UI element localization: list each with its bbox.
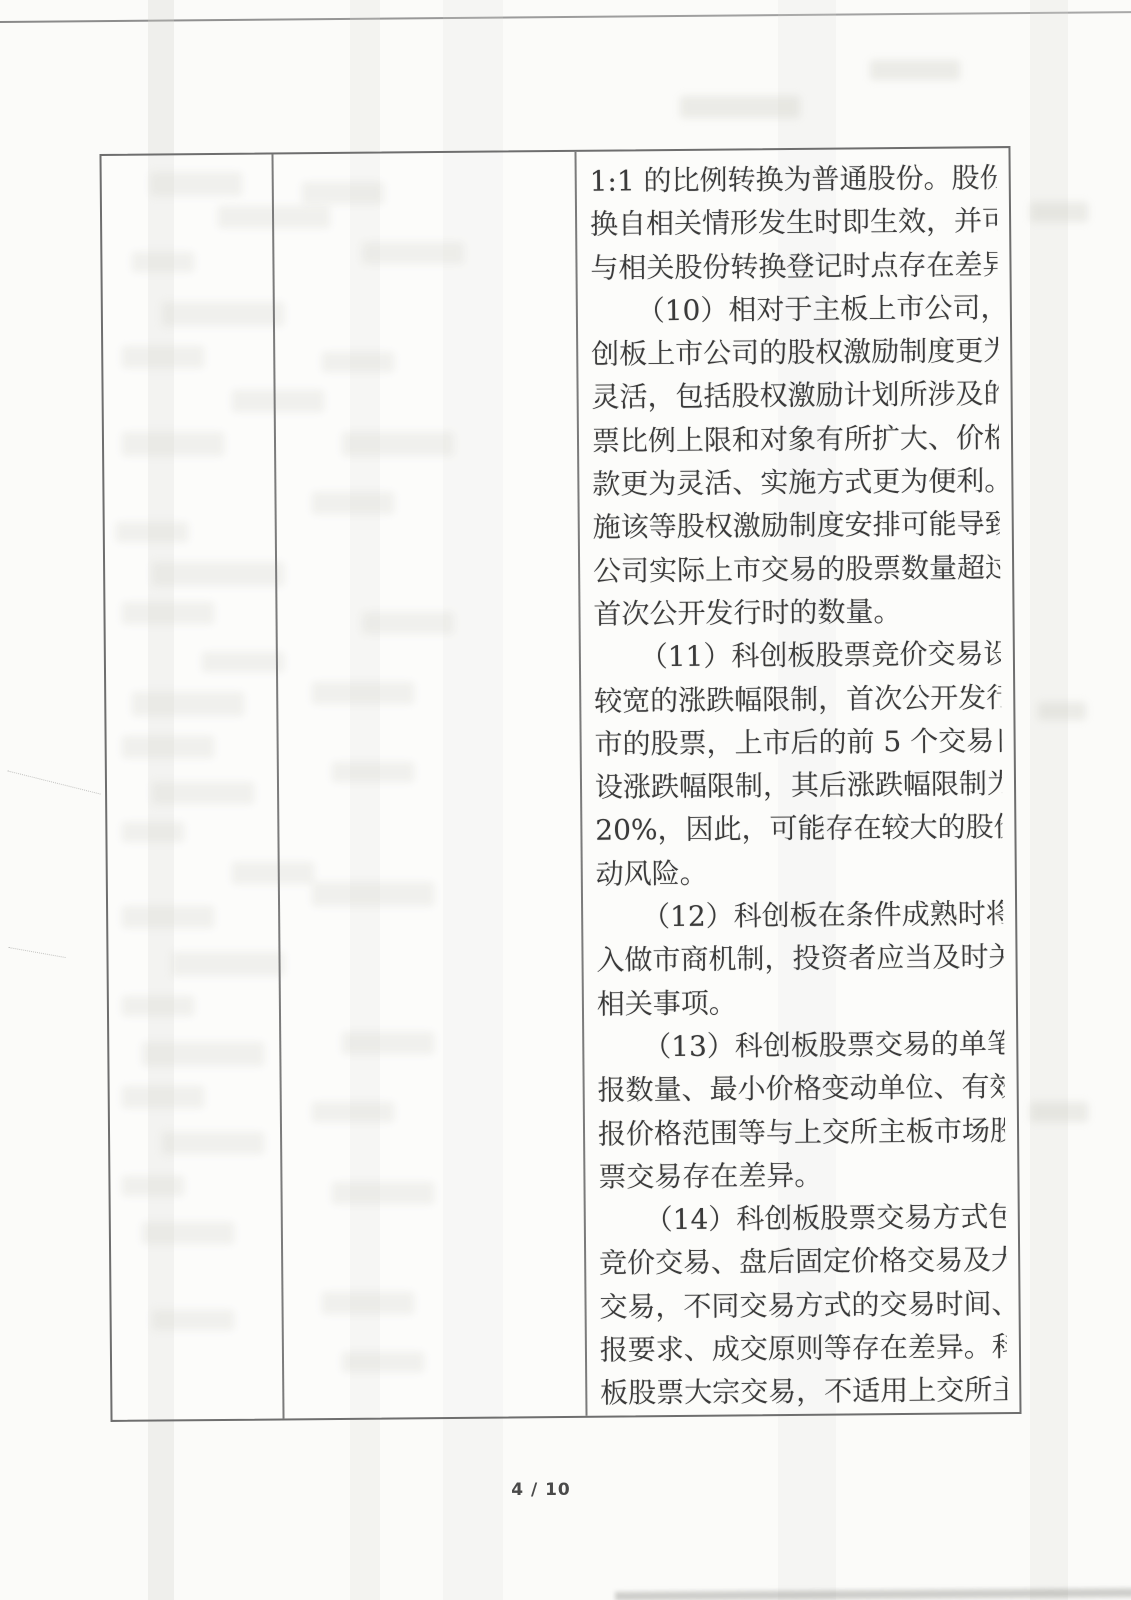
- text-line: 款更为灵活、实施方式更为便利。实: [592, 459, 999, 506]
- bleed-through-artifact: [870, 60, 960, 80]
- bleed-through-artifact: [1030, 202, 1088, 222]
- text-line: 相关事项。: [597, 979, 1004, 1026]
- table-cell-middle: [273, 152, 587, 1419]
- text-line: 较宽的涨跌幅限制，首次公开发行上: [594, 676, 1001, 723]
- table-cell-left: [102, 154, 285, 1419]
- risk-disclosure-table: 1:1 的比例转换为普通股份。股份转换自相关情形发生时即生效，并可能与相关股份转…: [99, 146, 1021, 1422]
- text-line: 交易，不同交易方式的交易时间、申: [599, 1282, 1006, 1329]
- table-cell-right: 1:1 的比例转换为普通股份。股份转换自相关情形发生时即生效，并可能与相关股份转…: [576, 148, 1019, 1416]
- text-line: 报价格范围等与上交所主板市场股: [598, 1109, 1005, 1156]
- scan-smudge-artifact: [615, 1588, 1131, 1600]
- bleed-through-artifact: [1030, 1102, 1088, 1122]
- text-line: 换自相关情形发生时即生效，并可能: [590, 199, 997, 246]
- text-line: 竞价交易、盘后固定价格交易及大宗: [599, 1239, 1006, 1286]
- text-line: 动风险。: [595, 849, 1002, 896]
- bleed-through-artifact: [680, 96, 800, 118]
- text-line: 板股票大宗交易，不适用上交所主板: [600, 1368, 1007, 1415]
- text-line: 设涨跌幅限制，其后涨跌幅限制为: [595, 762, 1002, 809]
- bleed-through-artifact: [1038, 702, 1086, 720]
- text-line: 公司实际上市交易的股票数量超过: [593, 546, 1000, 593]
- text-line: （14）科创板股票交易方式包括: [599, 1195, 1006, 1242]
- page-edge-artifact: [0, 11, 1131, 23]
- text-line: 创板上市公司的股权激励制度更为: [591, 329, 998, 376]
- text-line: 票交易存在差异。: [598, 1152, 1005, 1199]
- text-line: 与相关股份转换登记时点存在差异。: [590, 243, 997, 290]
- text-line: （12）科创板在条件成熟时将引: [596, 892, 1003, 939]
- scratch-artifact: [7, 770, 100, 794]
- text-line: 市的股票，上市后的前 5 个交易日不: [594, 719, 1001, 766]
- text-line: 20%，因此，可能存在较大的股价波: [595, 806, 1002, 853]
- page-number: 4 / 10: [505, 1480, 577, 1500]
- text-line: 票比例上限和对象有所扩大、价格条: [592, 416, 999, 463]
- text-line: 施该等股权激励制度安排可能导致: [592, 503, 999, 550]
- scanned-document-page: 1:1 的比例转换为普通股份。股份转换自相关情形发生时即生效，并可能与相关股份转…: [0, 0, 1131, 1600]
- text-line: （11）科创板股票竞价交易设置: [594, 632, 1001, 679]
- scan-band-artifact: [1030, 0, 1068, 1600]
- text-line: （10）相对于主板上市公司，科: [591, 286, 998, 333]
- text-line: 入做市商机制，投资者应当及时关注: [596, 935, 1003, 982]
- text-line: 灵活，包括股权激励计划所涉及的股: [591, 373, 998, 420]
- scratch-artifact: [8, 947, 65, 958]
- text-line: （13）科创板股票交易的单笔申: [597, 1022, 1004, 1069]
- text-line: 首次公开发行时的数量。: [593, 589, 1000, 636]
- text-line: 报数量、最小价格变动单位、有效申: [597, 1065, 1004, 1112]
- text-line: 报要求、成交原则等存在差异。科创: [600, 1325, 1007, 1372]
- text-line: 1:1 的比例转换为普通股份。股份转: [589, 156, 996, 203]
